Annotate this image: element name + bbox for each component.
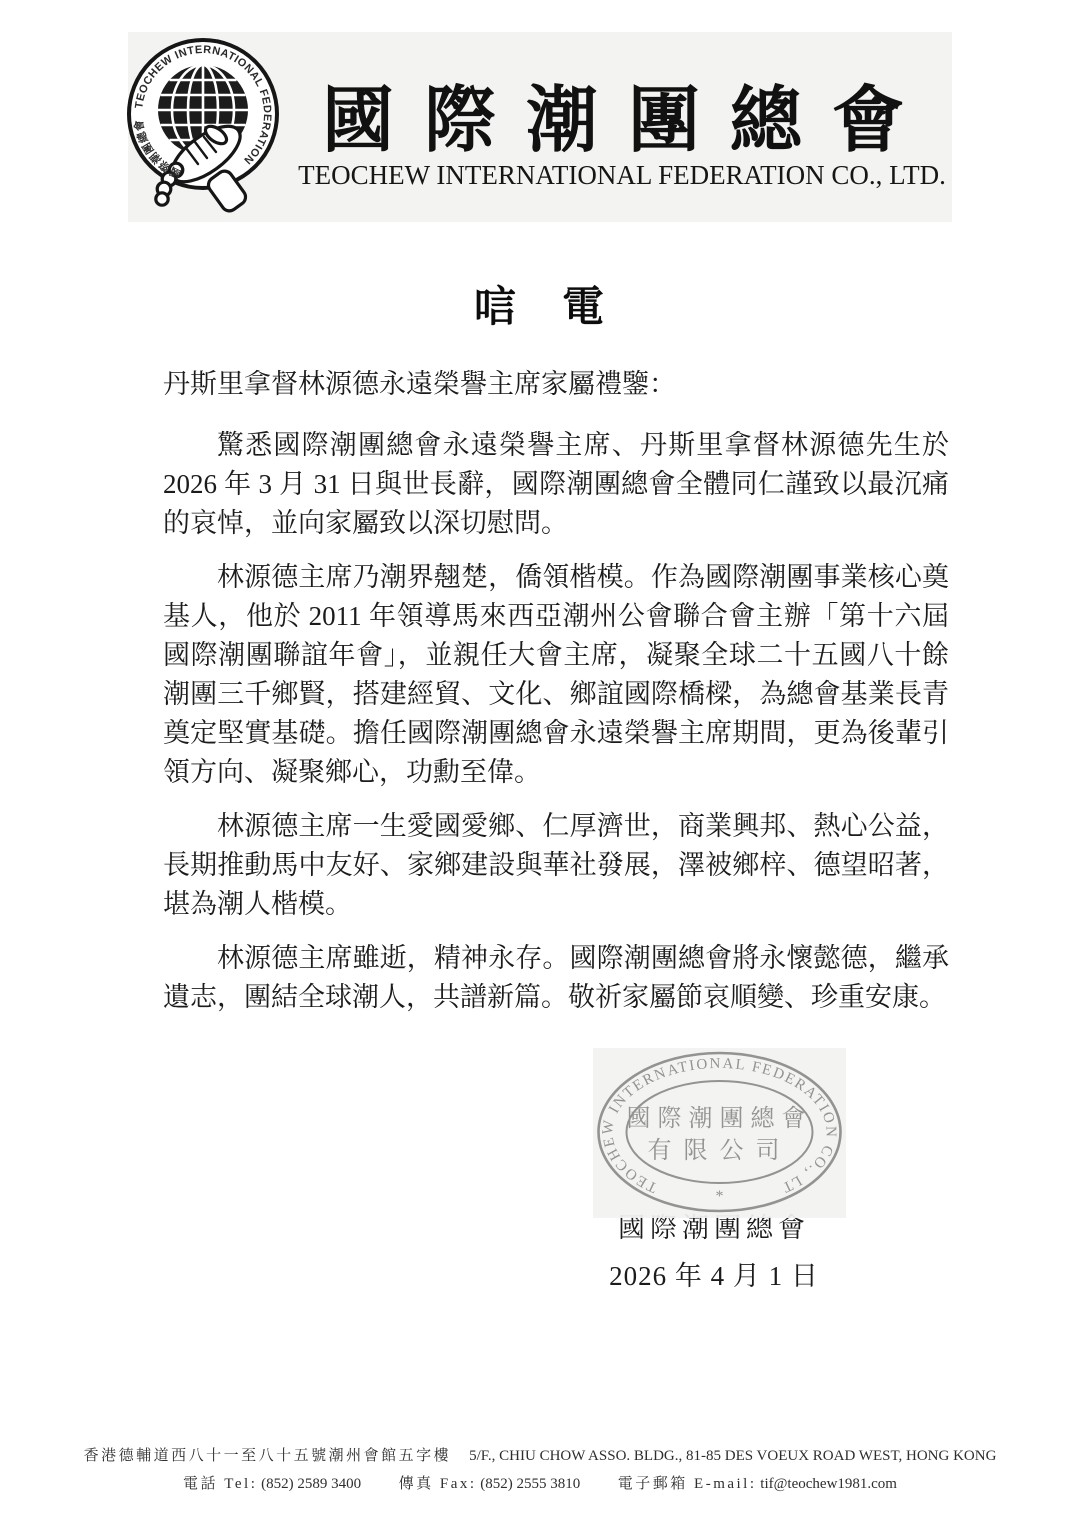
footer-fax-value: (852) 2555 3810 (480, 1476, 580, 1492)
stamp-star: * (716, 1188, 724, 1205)
footer-address: 香港德輔道西八十一至八十五號潮州會館五字樓5/F., CHIU CHOW ASS… (0, 1444, 1080, 1465)
letter-title: 唁 電 (0, 274, 1080, 334)
condolence-letter-page: TEOCHEW INTERNATIONAL FEDERATION 國際潮團總會 … (0, 0, 1080, 1527)
footer-address-en: 5/F., CHIU CHOW ASSO. BLDG., 81-85 DES V… (469, 1448, 996, 1464)
letterhead: TEOCHEW INTERNATIONAL FEDERATION 國際潮團總會 … (128, 32, 952, 222)
footer-contacts: 電話 Tel: (852) 2589 3400 傳真 Fax: (852) 25… (0, 1472, 1080, 1493)
org-name-zh: 國際潮團總會 (322, 62, 934, 166)
signature-block: 國際潮團總會 2026 年 4 月 1 日 (564, 1206, 864, 1293)
footer-email-label: 電子郵箱 E-mail: (618, 1476, 757, 1492)
footer-fax-label: 傳真 Fax: (399, 1476, 477, 1492)
footer-tel-label: 電話 Tel: (183, 1476, 257, 1492)
paragraph-1: 驚悉國際潮團總會永遠榮譽主席、丹斯里拿督林源德先生於 2026 年 3 月 31… (163, 426, 949, 543)
paragraph-3: 林源德主席一生愛國愛鄉、仁厚濟世，商業興邦、熱心公益，長期推動馬中友好、家鄉建設… (163, 807, 949, 924)
letter-body: 驚悉國際潮團總會永遠榮譽主席、丹斯里拿督林源德先生於 2026 年 3 月 31… (163, 426, 949, 1032)
footer: 香港德輔道西八十一至八十五號潮州會館五字樓5/F., CHIU CHOW ASS… (0, 1444, 1080, 1493)
footer-address-zh: 香港德輔道西八十一至八十五號潮州會館五字樓 (84, 1448, 452, 1464)
signature-date: 2026 年 4 月 1 日 (564, 1254, 864, 1293)
company-stamp: TEOCHEW INTERNATIONAL FEDERATION CO., LT… (593, 1048, 846, 1218)
footer-tel-value: (852) 2589 3400 (261, 1476, 361, 1492)
stamp-name-zh: 國際潮團總會 (627, 1105, 813, 1132)
org-name-en: TEOCHEW INTERNATIONAL FEDERATION CO., LT… (292, 160, 952, 191)
paragraph-2: 林源德主席乃潮界翹楚，僑領楷模。作為國際潮團事業核心奠基人，他於 2011 年領… (163, 558, 949, 792)
paragraph-4: 林源德主席雖逝，精神永存。國際潮團總會將永懷懿德，繼承遺志，團結全球潮人，共譜新… (163, 939, 949, 1017)
org-logo: TEOCHEW INTERNATIONAL FEDERATION 國際潮團總會 (126, 34, 282, 226)
salutation: 丹斯里拿督林源德永遠榮譽主席家屬禮鑒： (163, 362, 676, 401)
footer-email-value: tif@teochew1981.com (760, 1476, 897, 1492)
stamp-suffix-zh: 有限公司 (648, 1137, 792, 1164)
